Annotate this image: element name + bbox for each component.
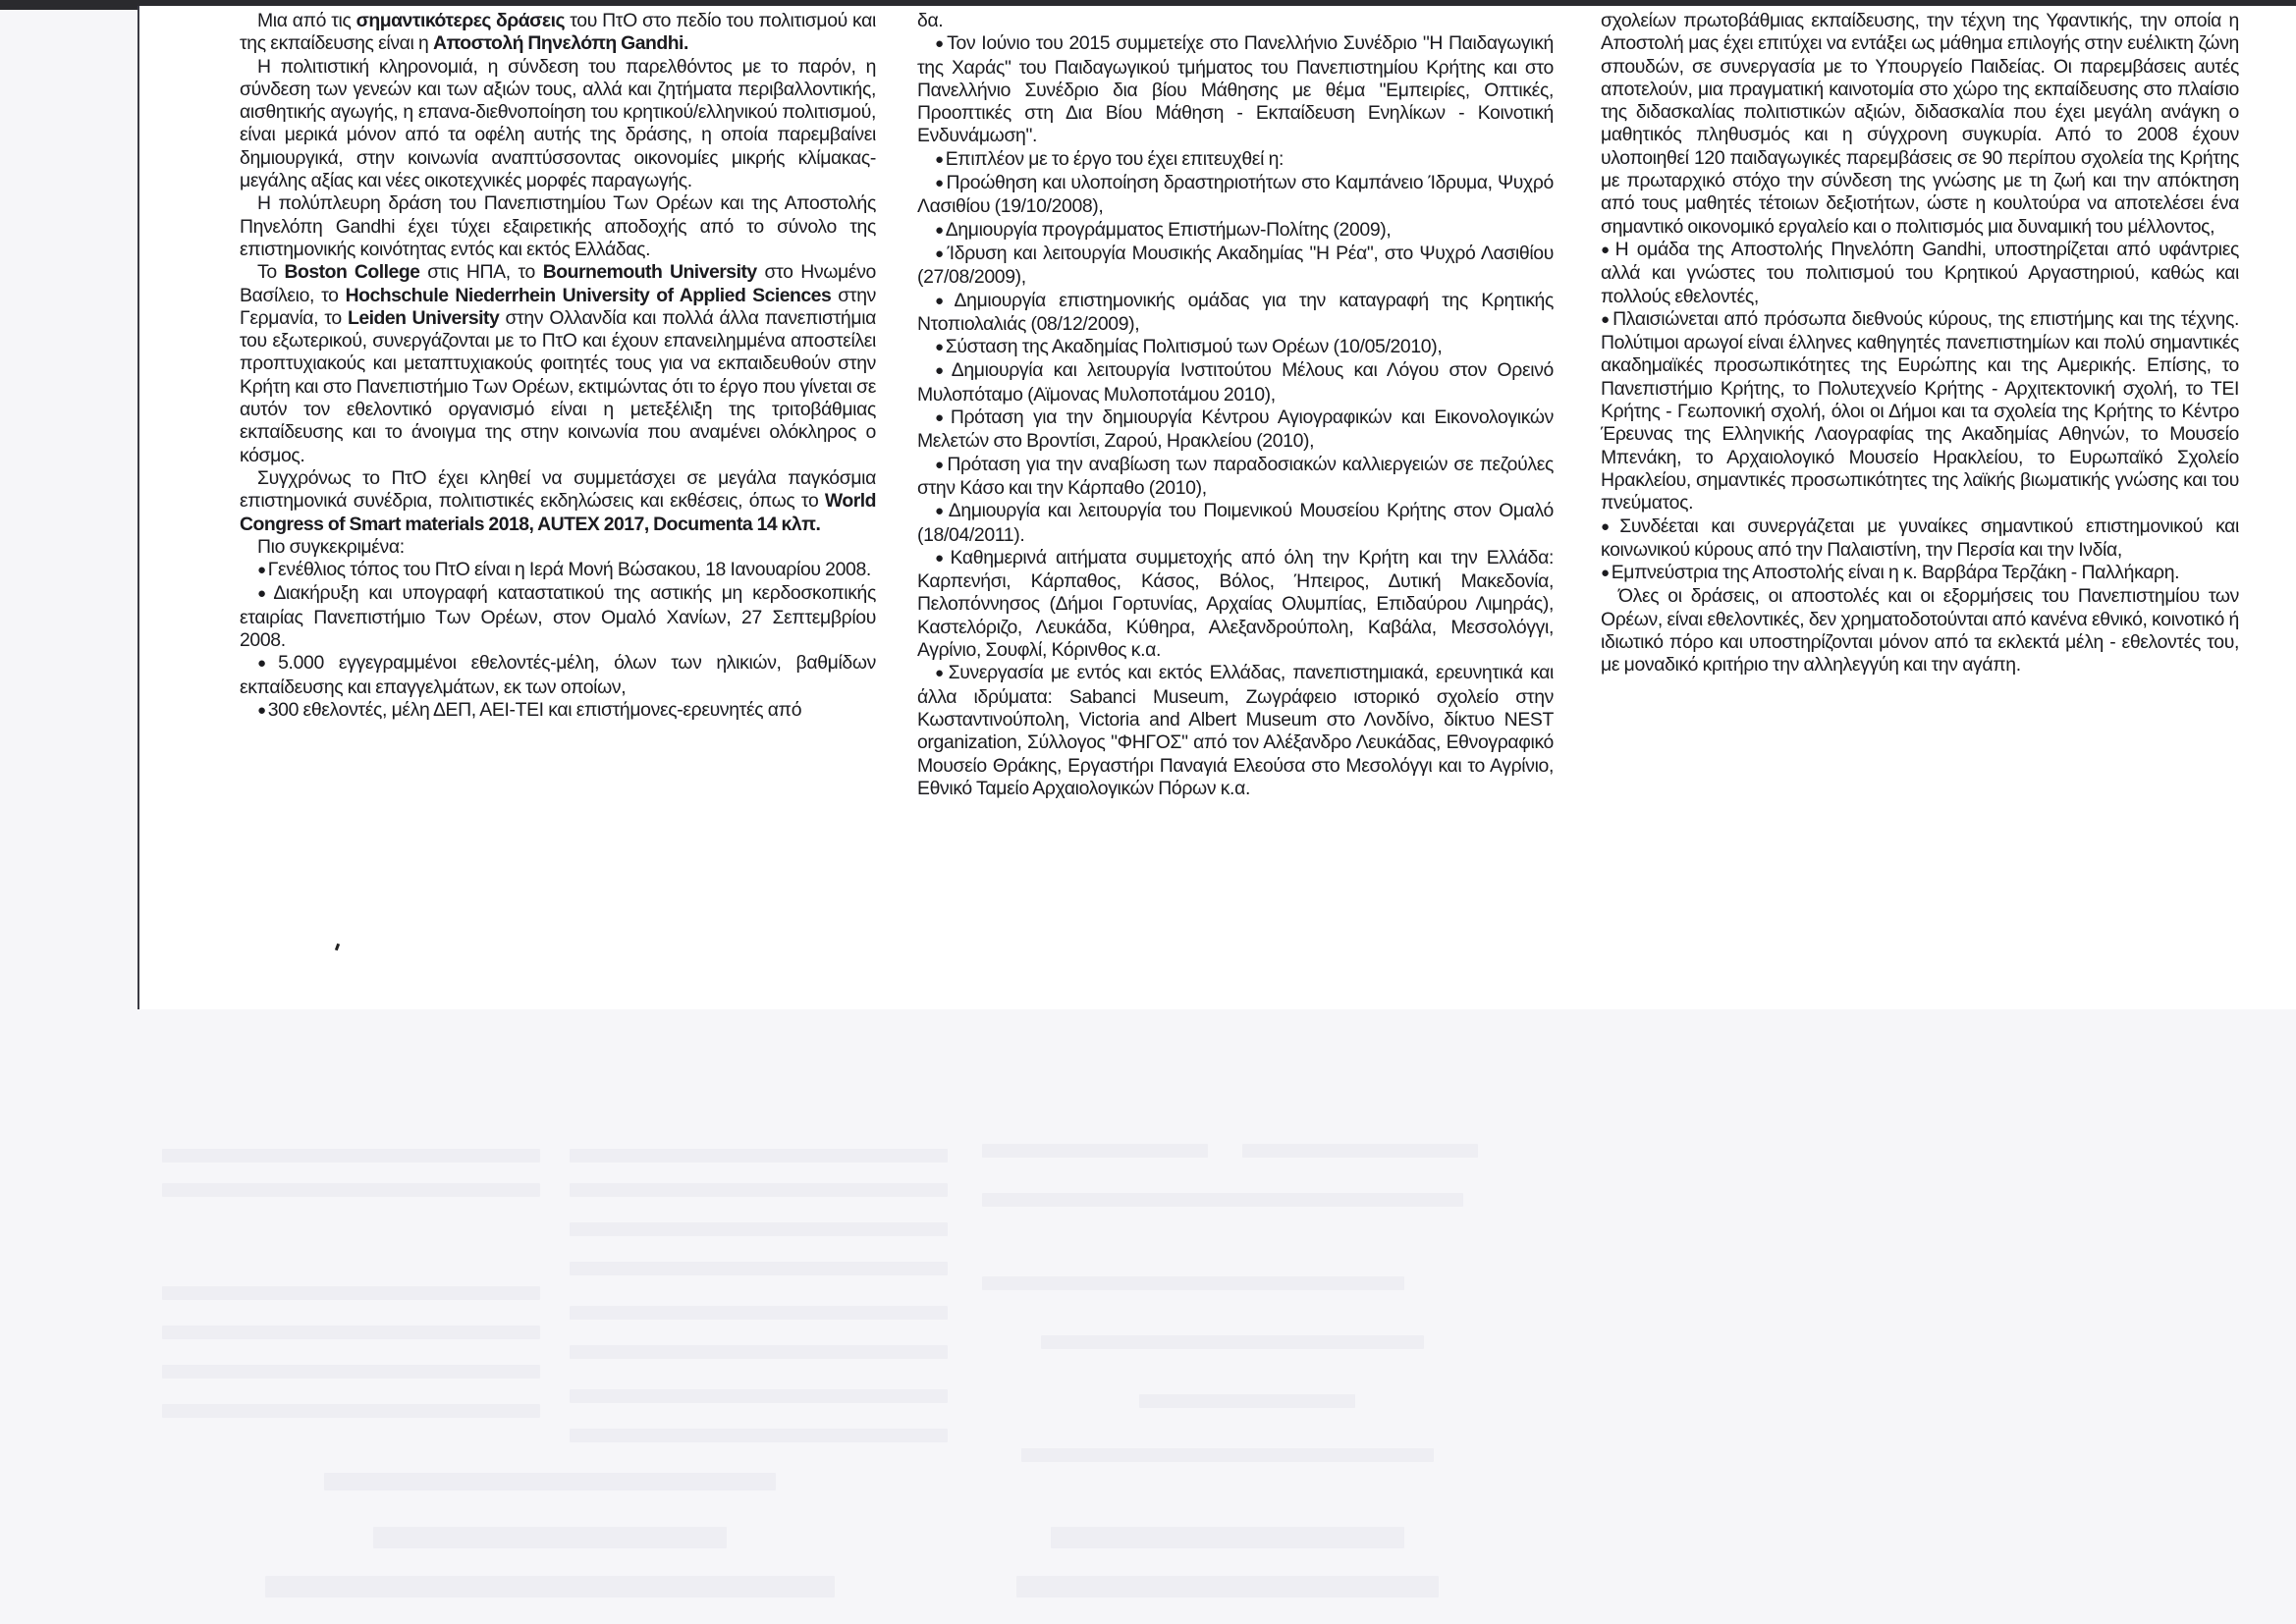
body-text: στις ΗΠΑ, το [419, 261, 542, 283]
show-through-line [162, 1365, 540, 1379]
article-paragraph: Η πολιτιστική κληρονομιά, η σύνδεση του … [240, 56, 876, 193]
article-paragraph: Συγχρόνως το ΠτΟ έχει κληθεί να συμμετάσ… [240, 467, 876, 536]
body-text: Η πολύπλευρη δράση του Πανεπιστημίου Των… [240, 192, 876, 260]
article-column-1: Μια από τις σημαντικότερες δράσεις του Π… [240, 10, 876, 723]
bullet-item: Προώθηση και υλοποίηση δραστηριοτήτων στ… [917, 172, 1554, 219]
body-text: Πιο συγκεκριμένα: [257, 536, 405, 558]
newspaper-clipping: Μια από τις σημαντικότερες δράσεις του Π… [137, 6, 2296, 1009]
show-through-line [570, 1345, 948, 1359]
bullet-icon [935, 172, 946, 193]
bullet-icon [257, 652, 278, 674]
body-text: Πλαισιώνεται από πρόσωπα διεθνούς κύρους… [1601, 308, 2239, 514]
body-text: Προώθηση και υλοποίηση δραστηριοτήτων στ… [917, 172, 1554, 217]
show-through-line [1021, 1448, 1434, 1462]
body-text: Ίδρυση και λειτουργία Μουσικής Ακαδημίας… [917, 243, 1554, 288]
show-through-line [1242, 1144, 1478, 1158]
body-text: Δημιουργία και λειτουργία Ινστιτούτου Μέ… [917, 359, 1554, 405]
bullet-item: Καθημερινά αιτήματα συμμετοχής από όλη τ… [917, 547, 1554, 662]
bullet-item: Συνεργασία με εντός και εκτός Ελλάδας, π… [917, 662, 1554, 800]
bullet-icon [257, 559, 268, 580]
emphasis-text: Αποστολή Πηνελόπη Gandhi. [433, 32, 688, 54]
show-through-line [570, 1306, 948, 1320]
bullet-icon [935, 243, 948, 264]
article-paragraph: Όλες οι δράσεις, οι αποστολές και οι εξο… [1601, 585, 2239, 677]
body-text: Διακήρυξη και υπογραφή καταστατικού της … [240, 582, 876, 651]
bullet-item: Πρόταση για την δημιουργία Κέντρου Αγιογ… [917, 406, 1554, 454]
show-through-line [1041, 1335, 1424, 1349]
body-text: Πρόταση για την δημιουργία Κέντρου Αγιογ… [917, 406, 1554, 452]
show-through-line [982, 1144, 1208, 1158]
body-text: Η ομάδα της Αποστολής Πηνελόπη Gandhi, υ… [1601, 239, 2239, 307]
article-column-2: δα.Τον Ιούνιο του 2015 συμμετείχε στο Πα… [917, 10, 1554, 800]
show-through-line [982, 1276, 1404, 1290]
show-through-line [570, 1262, 948, 1275]
body-text: Δημιουργία επιστημονικής ομάδας για την … [917, 290, 1554, 335]
bullet-item: 300 εθελοντές, μέλη ΔΕΠ, ΑΕΙ-ΤΕΙ και επι… [240, 699, 876, 723]
bullet-item: Ίδρυση και λειτουργία Μουσικής Ακαδημίας… [917, 243, 1554, 290]
bullet-item: Η ομάδα της Αποστολής Πηνελόπη Gandhi, υ… [1601, 239, 2239, 308]
bullet-icon [935, 662, 949, 683]
show-through-line [570, 1149, 948, 1163]
body-text: Συνδέεται και συνεργάζεται με γυναίκες σ… [1601, 515, 2239, 561]
bullet-item: Γενέθλιος τόπος του ΠτΟ είναι η Ιερά Μον… [240, 559, 876, 582]
bullet-icon [935, 32, 947, 54]
body-text: Δημιουργία προγράμματος Επιστήμων-Πολίτη… [946, 219, 1392, 241]
bullet-icon [1601, 239, 1615, 260]
show-through-line [162, 1149, 540, 1163]
body-text: Δημιουργία και λειτουργία του Ποιμενικού… [917, 500, 1554, 545]
body-text: Σύσταση της Ακαδημίας Πολιτισμού των Ορέ… [946, 336, 1443, 357]
body-text: Συνεργασία με εντός και εκτός Ελλάδας, π… [917, 662, 1554, 798]
body-text: Πρόταση για την αναβίωση των παραδοσιακώ… [917, 454, 1554, 499]
show-through-heading [1016, 1576, 1439, 1597]
bullet-icon [1601, 515, 1619, 537]
scan-speck [335, 944, 340, 951]
bullet-icon [935, 290, 955, 311]
body-text: στην Ολλανδία και πολλά άλλα πανεπιστήμι… [240, 307, 876, 466]
bullet-item: Επιπλέον με το έργο του έχει επιτευχθεί … [917, 148, 1554, 172]
emphasis-text: Bournemouth University [543, 261, 757, 283]
bullet-icon [935, 406, 951, 428]
show-through-line [162, 1404, 540, 1418]
show-through-heading [265, 1576, 835, 1597]
show-through-line [162, 1286, 540, 1300]
bullet-icon [257, 582, 273, 604]
article-paragraph: Μια από τις σημαντικότερες δράσεις του Π… [240, 10, 876, 56]
emphasis-text: Boston College [285, 261, 420, 283]
bullet-icon [935, 219, 946, 241]
bullet-item: Διακήρυξη και υπογραφή καταστατικού της … [240, 582, 876, 652]
bullet-icon [935, 500, 949, 521]
bullet-item: Δημιουργία και λειτουργία του Ποιμενικού… [917, 500, 1554, 547]
body-text: Εμπνεύστρια της Αποστολής είναι η κ. Βαρ… [1612, 562, 2179, 583]
emphasis-text: Hochschule Niederrhein University of App… [346, 285, 832, 306]
body-text: σχολείων πρωτοβάθμιας εκπαίδευσης, την τ… [1601, 10, 2239, 238]
show-through-line [162, 1183, 540, 1197]
show-through-line [570, 1183, 948, 1197]
show-through-heading [324, 1473, 776, 1490]
bullet-icon [257, 699, 268, 721]
bullet-item: Συνδέεται και συνεργάζεται με γυναίκες σ… [1601, 515, 2239, 563]
bullet-icon [935, 336, 946, 357]
body-text: δα. [917, 10, 943, 31]
article-column-3: σχολείων πρωτοβάθμιας εκπαίδευσης, την τ… [1601, 10, 2239, 677]
emphasis-text: Leiden University [348, 307, 499, 329]
article-paragraph: δα. [917, 10, 1554, 32]
bullet-item: Εμπνεύστρια της Αποστολής είναι η κ. Βαρ… [1601, 562, 2239, 585]
body-text: Το [257, 261, 285, 283]
show-through-line [570, 1222, 948, 1236]
body-text: Γενέθλιος τόπος του ΠτΟ είναι η Ιερά Μον… [268, 559, 871, 580]
bullet-item: Δημιουργία και λειτουργία Ινστιτούτου Μέ… [917, 359, 1554, 406]
bullet-item: 5.000 εγγεγραμμένοι εθελοντές-μέλη, όλων… [240, 652, 876, 699]
bullet-item: Τον Ιούνιο του 2015 συμμετείχε στο Πανελ… [917, 32, 1554, 147]
show-through-heading [373, 1527, 727, 1548]
body-text: Συγχρόνως το ΠτΟ έχει κληθεί να συμμετάσ… [240, 467, 876, 512]
bullet-item: Σύσταση της Ακαδημίας Πολιτισμού των Ορέ… [917, 336, 1554, 359]
body-text: Μια από τις [257, 10, 356, 31]
bullet-item: Πλαισιώνεται από πρόσωπα διεθνούς κύρους… [1601, 308, 2239, 515]
show-through-line [162, 1326, 540, 1339]
show-through-line [570, 1389, 948, 1403]
body-text: Τον Ιούνιο του 2015 συμμετείχε στο Πανελ… [917, 32, 1554, 146]
article-paragraph: Το Boston College στις ΗΠΑ, το Bournemou… [240, 261, 876, 467]
emphasis-text: σημαντικότερες δράσεις [356, 10, 565, 31]
show-through-heading [1051, 1527, 1404, 1548]
bullet-icon [1601, 562, 1612, 583]
body-text: 5.000 εγγεγραμμένοι εθελοντές-μέλη, όλων… [240, 652, 876, 697]
body-text: Επιπλέον με το έργο του έχει επιτευχθεί … [946, 148, 1284, 170]
article-paragraph: Η πολύπλευρη δράση του Πανεπιστημίου Των… [240, 192, 876, 261]
body-text: 300 εθελοντές, μέλη ΔΕΠ, ΑΕΙ-ΤΕΙ και επι… [268, 699, 801, 721]
show-through-line [982, 1193, 1463, 1207]
body-text: Η πολιτιστική κληρονομιά, η σύνδεση του … [240, 56, 876, 191]
show-through-line [570, 1429, 948, 1442]
body-text: Καθημερινά αιτήματα συμμετοχής από όλη τ… [917, 547, 1554, 661]
bullet-icon [935, 359, 952, 381]
show-through-line [1139, 1394, 1355, 1408]
body-text: Όλες οι δράσεις, οι αποστολές και οι εξο… [1601, 585, 2239, 676]
bullet-item: Δημιουργία προγράμματος Επιστήμων-Πολίτη… [917, 219, 1554, 243]
bullet-icon [935, 148, 946, 170]
bullet-icon [1601, 308, 1613, 330]
article-paragraph: Πιο συγκεκριμένα: [240, 536, 876, 559]
bullet-icon [935, 454, 947, 475]
bullet-item: Πρόταση για την αναβίωση των παραδοσιακώ… [917, 454, 1554, 501]
bullet-icon [935, 547, 951, 568]
bullet-item: Δημιουργία επιστημονικής ομάδας για την … [917, 290, 1554, 337]
article-paragraph: σχολείων πρωτοβάθμιας εκπαίδευσης, την τ… [1601, 10, 2239, 239]
